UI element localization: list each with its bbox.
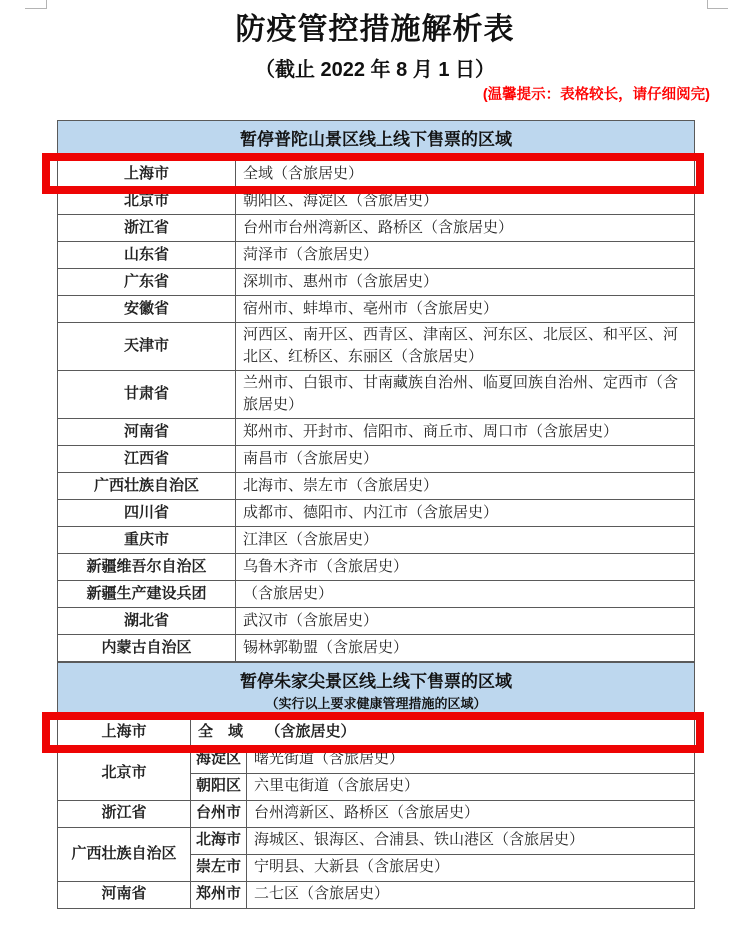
- detail-cell: 朝阳区、海淀区（含旅居史）: [236, 187, 695, 214]
- region-cell: 全 域 （含旅居史）: [191, 719, 695, 746]
- table-row: 北京市朝阳区、海淀区（含旅居史）: [58, 187, 695, 214]
- detail-cell: 深圳市、惠州市（含旅居史）: [236, 268, 695, 295]
- detail-cell: 宁明县、大新县（含旅居史）: [247, 854, 695, 881]
- city-cell: 台州市: [191, 800, 247, 827]
- table-row: 湖北省武汉市（含旅居史）: [58, 607, 695, 634]
- province-cell: 浙江省: [58, 800, 191, 827]
- detail-cell: 北海市、崇左市（含旅居史）: [236, 472, 695, 499]
- table-row: 河南省郑州市、开封市、信阳市、商丘市、周口市（含旅居史）: [58, 418, 695, 445]
- detail-cell: 郑州市、开封市、信阳市、商丘市、周口市（含旅居史）: [236, 418, 695, 445]
- page-corner-mark-left: [25, 0, 47, 9]
- province-cell: 四川省: [58, 499, 236, 526]
- table-row: 北京市海淀区曙光街道（含旅居史）: [58, 746, 695, 773]
- table-row: 浙江省台州市台州湾新区、路桥区（含旅居史）: [58, 800, 695, 827]
- table-row: 安徽省宿州市、蚌埠市、亳州市（含旅居史）: [58, 295, 695, 322]
- section-header-row: 暂停普陀山景区线上线下售票的区域: [58, 120, 695, 160]
- warm-tip-text: (温馨提示：表格较长，请仔细阅完): [0, 86, 750, 105]
- table-row: 新疆维吾尔自治区乌鲁木齐市（含旅居史）: [58, 553, 695, 580]
- province-cell: 广西壮族自治区: [58, 827, 191, 881]
- table-row: 广西壮族自治区北海市海城区、银海区、合浦县、铁山港区（含旅居史）: [58, 827, 695, 854]
- province-cell: 重庆市: [58, 526, 236, 553]
- detail-cell: 台州湾新区、路桥区（含旅居史）: [247, 800, 695, 827]
- table-row: 四川省成都市、德阳市、内江市（含旅居史）: [58, 499, 695, 526]
- table-row: 上海市全 域 （含旅居史）: [58, 719, 695, 746]
- zhujiajian-table: 暂停朱家尖景区线上线下售票的区域 （实行以上要求健康管理措施的区域） 上海市全 …: [57, 662, 695, 909]
- detail-cell: 乌鲁木齐市（含旅居史）: [236, 553, 695, 580]
- table-row: 山东省菏泽市（含旅居史）: [58, 241, 695, 268]
- detail-cell: 台州市台州湾新区、路桥区（含旅居史）: [236, 214, 695, 241]
- table-row: 广西壮族自治区北海市、崇左市（含旅居史）: [58, 472, 695, 499]
- province-cell: 新疆维吾尔自治区: [58, 553, 236, 580]
- detail-cell: 武汉市（含旅居史）: [236, 607, 695, 634]
- table-row: 广东省深圳市、惠州市（含旅居史）: [58, 268, 695, 295]
- detail-cell: 江津区（含旅居史）: [236, 526, 695, 553]
- table-row: 甘肃省兰州市、白银市、甘南藏族自治州、临夏回族自治州、定西市（含旅居史）: [58, 370, 695, 418]
- province-cell: 甘肃省: [58, 370, 236, 418]
- table-row: 浙江省台州市台州湾新区、路桥区（含旅居史）: [58, 214, 695, 241]
- province-cell: 安徽省: [58, 295, 236, 322]
- detail-cell: 南昌市（含旅居史）: [236, 445, 695, 472]
- section-1-header: 暂停普陀山景区线上线下售票的区域: [58, 120, 695, 160]
- city-cell: 北海市: [191, 827, 247, 854]
- table-row: 上海市全域（含旅居史）: [58, 160, 695, 187]
- detail-cell: 菏泽市（含旅居史）: [236, 241, 695, 268]
- province-cell: 广东省: [58, 268, 236, 295]
- province-cell: 河南省: [58, 418, 236, 445]
- province-cell: 浙江省: [58, 214, 236, 241]
- document-page: 防疫管控措施解析表 （截止 2022 年 8 月 1 日） (温馨提示：表格较长…: [0, 0, 750, 942]
- table-row: 新疆生产建设兵团（含旅居史）: [58, 580, 695, 607]
- detail-cell: 二七区（含旅居史）: [247, 881, 695, 908]
- putuoshan-tbody: 上海市全域（含旅居史）北京市朝阳区、海淀区（含旅居史）浙江省台州市台州湾新区、路…: [58, 160, 695, 661]
- detail-cell: （含旅居史）: [236, 580, 695, 607]
- table-row: 重庆市江津区（含旅居史）: [58, 526, 695, 553]
- table-row: 江西省南昌市（含旅居史）: [58, 445, 695, 472]
- section-2-subtitle: （实行以上要求健康管理措施的区域）: [62, 695, 690, 713]
- zhujiajian-tbody: 上海市全 域 （含旅居史）北京市海淀区曙光街道（含旅居史）朝阳区六里屯街道（含旅…: [58, 719, 695, 908]
- city-cell: 崇左市: [191, 854, 247, 881]
- city-cell: 朝阳区: [191, 773, 247, 800]
- detail-cell: 海城区、银海区、合浦县、铁山港区（含旅居史）: [247, 827, 695, 854]
- city-cell: 海淀区: [191, 746, 247, 773]
- province-cell: 内蒙古自治区: [58, 634, 236, 661]
- detail-cell: 成都市、德阳市、内江市（含旅居史）: [236, 499, 695, 526]
- detail-cell: 宿州市、蚌埠市、亳州市（含旅居史）: [236, 295, 695, 322]
- section-2-header: 暂停朱家尖景区线上线下售票的区域 （实行以上要求健康管理措施的区域）: [58, 662, 695, 719]
- province-cell: 江西省: [58, 445, 236, 472]
- table-row: 河南省郑州市二七区（含旅居史）: [58, 881, 695, 908]
- page-title: 防疫管控措施解析表: [0, 10, 750, 49]
- province-cell: 天津市: [58, 322, 236, 370]
- detail-cell: 六里屯街道（含旅居史）: [247, 773, 695, 800]
- section-1-title: 暂停普陀山景区线上线下售票的区域: [62, 127, 690, 153]
- province-cell: 上海市: [58, 719, 191, 746]
- detail-cell: 全域（含旅居史）: [236, 160, 695, 187]
- table-row: 内蒙古自治区锡林郭勒盟（含旅居史）: [58, 634, 695, 661]
- city-cell: 郑州市: [191, 881, 247, 908]
- tables-wrap: 暂停普陀山景区线上线下售票的区域 上海市全域（含旅居史）北京市朝阳区、海淀区（含…: [57, 120, 694, 909]
- detail-cell: 曙光街道（含旅居史）: [247, 746, 695, 773]
- detail-cell: 兰州市、白银市、甘南藏族自治州、临夏回族自治州、定西市（含旅居史）: [236, 370, 695, 418]
- detail-cell: 河西区、南开区、西青区、津南区、河东区、北辰区、和平区、河北区、红桥区、东丽区（…: [236, 322, 695, 370]
- detail-cell: 锡林郭勒盟（含旅居史）: [236, 634, 695, 661]
- province-cell: 上海市: [58, 160, 236, 187]
- province-cell: 湖北省: [58, 607, 236, 634]
- section-2-title: 暂停朱家尖景区线上线下售票的区域: [62, 669, 690, 695]
- page-corner-mark-right: [707, 0, 728, 9]
- province-cell: 北京市: [58, 746, 191, 800]
- province-cell: 北京市: [58, 187, 236, 214]
- province-cell: 广西壮族自治区: [58, 472, 236, 499]
- section-header-row: 暂停朱家尖景区线上线下售票的区域 （实行以上要求健康管理措施的区域）: [58, 662, 695, 719]
- province-cell: 河南省: [58, 881, 191, 908]
- province-cell: 山东省: [58, 241, 236, 268]
- page-subtitle: （截止 2022 年 8 月 1 日）: [0, 57, 750, 83]
- putuoshan-table: 暂停普陀山景区线上线下售票的区域 上海市全域（含旅居史）北京市朝阳区、海淀区（含…: [57, 120, 695, 662]
- table-row: 天津市河西区、南开区、西青区、津南区、河东区、北辰区、和平区、河北区、红桥区、东…: [58, 322, 695, 370]
- province-cell: 新疆生产建设兵团: [58, 580, 236, 607]
